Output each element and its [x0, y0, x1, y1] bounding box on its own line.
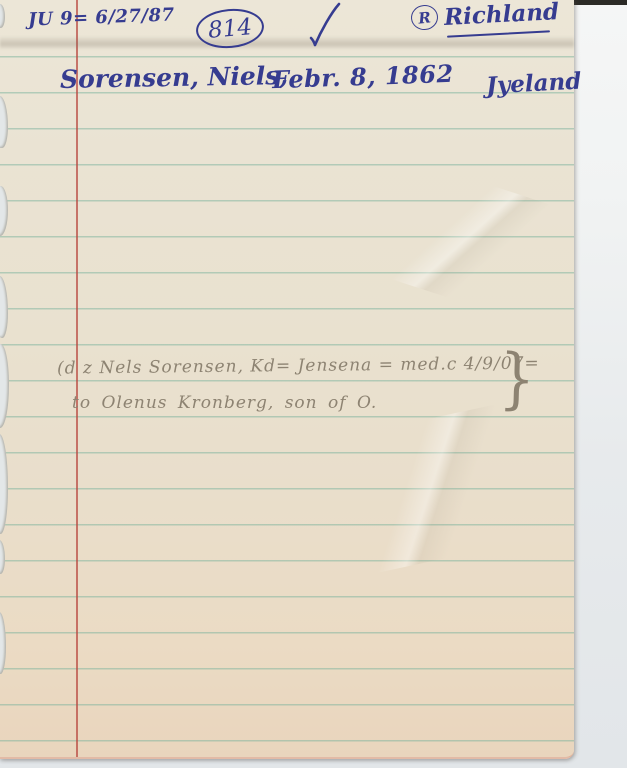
margin-line [76, 0, 78, 757]
record-number: 814 [207, 14, 253, 44]
torn-edge [0, 4, 5, 28]
crease-shadow [0, 36, 574, 49]
circled-r-badge: R [410, 4, 439, 32]
notebook-paper: JU 9= 6/27/87 814 R Richland Sorensen, N… [0, 0, 574, 759]
checkmark-icon [303, 1, 347, 49]
scanned-page: JU 9= 6/27/87 814 R Richland Sorensen, N… [0, 0, 627, 768]
region-label: Richland [443, 0, 559, 31]
person-name: Sorensen, Niels, [60, 61, 289, 94]
birthplace-label: Jyeland [485, 68, 582, 100]
marriage-note-line2: to Olenus Kronberg, son of O. [72, 393, 377, 413]
note-brace: } [498, 337, 536, 420]
scanner-edge-strip [571, 0, 627, 5]
reference-note: JU 9= 6/27/87 [28, 4, 175, 30]
region-initial: R [417, 8, 431, 27]
